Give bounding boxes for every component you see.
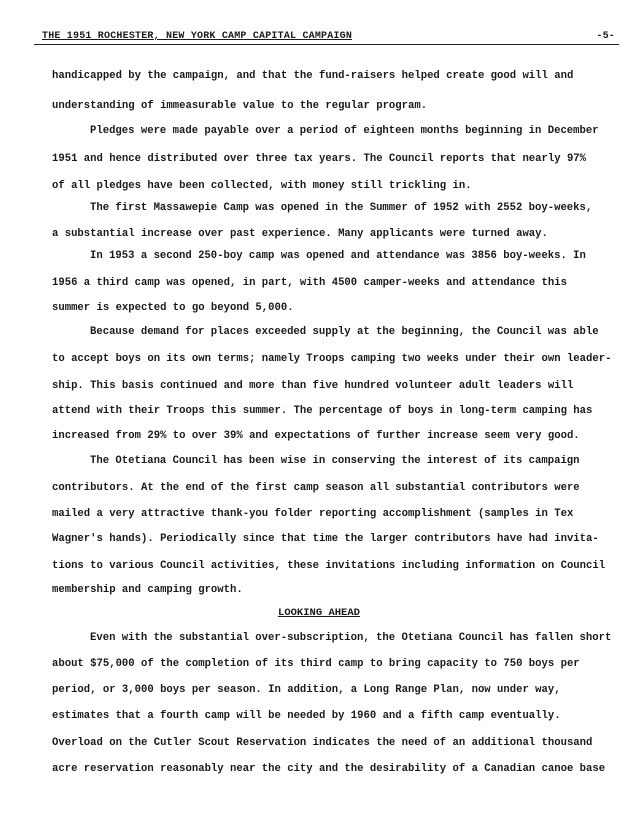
- section-heading-looking-ahead: LOOKING AHEAD: [0, 607, 638, 619]
- text-line: Because demand for places exceeded suppl…: [90, 326, 599, 338]
- text-line: attend with their Troops this summer. Th…: [52, 405, 592, 417]
- text-line: Wagner's hands). Periodically since that…: [52, 533, 599, 545]
- text-line: acre reservation reasonably near the cit…: [52, 763, 605, 775]
- text-line: period, or 3,000 boys per season. In add…: [52, 684, 561, 696]
- text-line: membership and camping growth.: [52, 584, 243, 596]
- text-line: summer is expected to go beyond 5,000.: [52, 302, 294, 314]
- running-header: THE 1951 ROCHESTER, NEW YORK CAMP CAPITA…: [34, 30, 619, 45]
- text-line: tions to various Council activities, the…: [52, 560, 605, 572]
- text-line: The Otetiana Council has been wise in co…: [90, 455, 580, 467]
- document-page: THE 1951 ROCHESTER, NEW YORK CAMP CAPITA…: [0, 0, 638, 825]
- text-line: to accept boys on its own terms; namely …: [52, 353, 611, 365]
- text-line: mailed a very attractive thank-you folde…: [52, 508, 573, 520]
- text-line: Pledges were made payable over a period …: [90, 125, 599, 137]
- text-line: In 1953 a second 250-boy camp was opened…: [90, 250, 586, 262]
- text-line: Overload on the Cutler Scout Reservation…: [52, 737, 592, 749]
- text-line: Even with the substantial over-subscript…: [90, 632, 611, 644]
- text-line: understanding of immeasurable value to t…: [52, 100, 427, 112]
- text-line: 1956 a third camp was opened, in part, w…: [52, 277, 567, 289]
- page-number: -5-: [596, 31, 615, 42]
- text-line: about $75,000 of the completion of its t…: [52, 658, 580, 670]
- header-title: THE 1951 ROCHESTER, NEW YORK CAMP CAPITA…: [42, 31, 352, 42]
- text-line: estimates that a fourth camp will be nee…: [52, 710, 561, 722]
- text-line: ship. This basis continued and more than…: [52, 380, 573, 392]
- text-line: contributors. At the end of the first ca…: [52, 482, 580, 494]
- text-line: The first Massawepie Camp was opened in …: [90, 202, 592, 214]
- text-line: increased from 29% to over 39% and expec…: [52, 430, 580, 442]
- text-line: 1951 and hence distributed over three ta…: [52, 153, 586, 165]
- text-line: a substantial increase over past experie…: [52, 228, 548, 240]
- text-line: handicapped by the campaign, and that th…: [52, 70, 573, 82]
- text-line: of all pledges have been collected, with…: [52, 180, 472, 192]
